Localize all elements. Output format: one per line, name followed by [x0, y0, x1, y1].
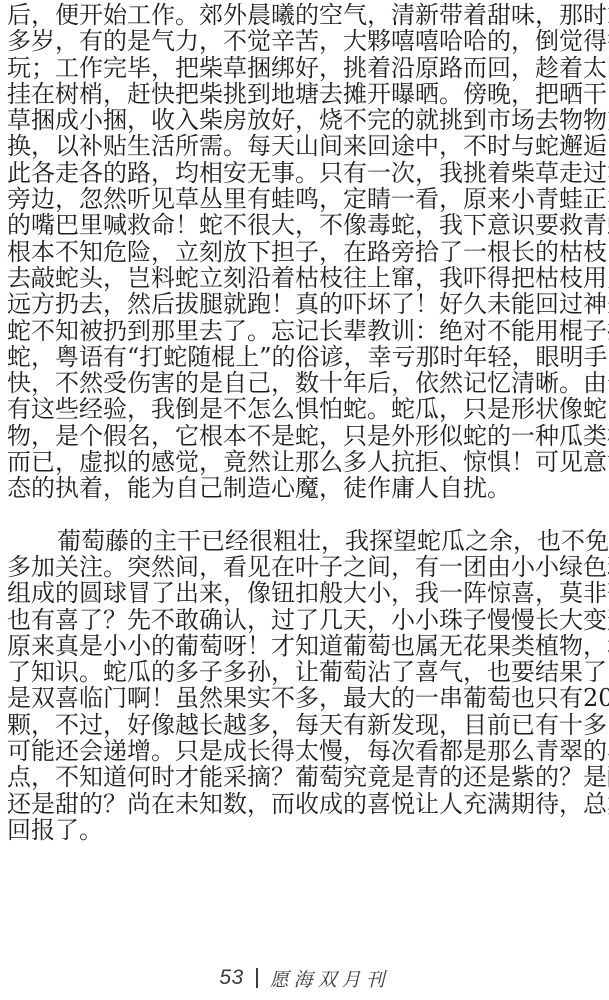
text-line: 点，不知道何时才能采摘？葡萄究竟是青的还是紫的？是酸的	[7, 764, 604, 790]
text-line: 可能还会递增。只是成长得太慢，每次看都是那么青翠的小不	[7, 738, 604, 764]
text-line: 挂在树梢，赶快把柴挑到地塘去摊开曝晒。傍晚，把晒干的柴	[7, 81, 604, 107]
paragraph-2: 葡萄藤的主干已经很粗壮，我探望蛇瓜之余，也不免对它 多加关注。突然间，看见在叶子…	[7, 528, 604, 844]
text-line: 也有喜了？先不敢确认，过了几天，小小珠子慢慢长大变形，	[7, 607, 604, 633]
text-line: 去敲蛇头，岂料蛇立刻沿着枯枝往上窜，我吓得把枯枝用力向	[7, 265, 604, 291]
text-line: 的嘴巴里喊救命！蛇不很大，不像毒蛇，我下意识要救青蛙，	[7, 212, 604, 238]
text-line: 后，便开始工作。郊外晨曦的空气，清新带着甜味，那时才十	[7, 2, 604, 28]
article-body: 后，便开始工作。郊外晨曦的空气，清新带着甜味，那时才十 多岁，有的是气力，不觉辛…	[7, 2, 604, 843]
text-line: 原来真是小小的葡萄呀！才知道葡萄也属无花果类植物，增加	[7, 633, 604, 659]
text-line: 草捆成小捆，收入柴房放好，烧不完的就挑到市场去物物交	[7, 107, 604, 133]
text-line: 有这些经验，我倒是不怎么惧怕蛇。蛇瓜，只是形状像蛇的植	[7, 396, 604, 422]
footer-divider	[256, 968, 258, 988]
page-number: 53	[219, 966, 243, 990]
text-line: 蛇不知被扔到那里去了。忘记长辈教训：绝对不能用棍子打	[7, 318, 604, 344]
text-line: 了知识。蛇瓜的多子多孙，让葡萄沾了喜气，也要结果了，这	[7, 659, 604, 685]
text-line: 葡萄藤的主干已经很粗壮，我探望蛇瓜之余，也不免对它	[7, 528, 604, 554]
text-line: 回报了。	[7, 817, 604, 843]
text-line: 旁边，忽然听见草丛里有蛙鸣，定睛一看，原来小青蛙正在蛇	[7, 186, 604, 212]
text-line: 多加关注。突然间，看见在叶子之间，有一团由小小绿色珠子	[7, 554, 604, 580]
text-line: 颗，不过，好像越长越多，每天有新发现，目前已有十多串，	[7, 712, 604, 738]
text-line: 远方扔去，然后拔腿就跑！真的吓坏了！好久未能回过神来，	[7, 291, 604, 317]
paragraph-1: 后，便开始工作。郊外晨曦的空气，清新带着甜味，那时才十 多岁，有的是气力，不觉辛…	[7, 2, 604, 502]
text-line: 蛇，粤语有“打蛇随棍上”的俗谚，幸亏那时年轻，眼明手	[7, 344, 604, 370]
text-line: 而已，虚拟的感觉，竟然让那么多人抗拒、惊惧！可见意识心	[7, 449, 604, 475]
text-line: 玩；工作完毕，把柴草捆绑好，挑着沿原路而回，趁着太阳还	[7, 55, 604, 81]
page-footer: 53 愿海双月刊	[0, 963, 609, 993]
journal-name: 愿海双月刊	[270, 965, 390, 992]
text-line: 多岁，有的是气力，不觉辛苦，大夥嘻嘻哈哈的，倒觉得很好	[7, 28, 604, 54]
text-line: 组成的圆球冒了出来，像钮扣般大小，我一阵惊喜，莫非葡萄	[7, 580, 604, 606]
text-line: 根本不知危险，立刻放下担子，在路旁拾了一根长的枯枝，就	[7, 239, 604, 265]
text-line: 此各走各的路，均相安无事。只有一次，我挑着柴草走过溪涧	[7, 160, 604, 186]
text-line: 还是甜的？尚在未知数，而收成的喜悦让人充满期待，总算有	[7, 791, 604, 817]
text-line: 是双喜临门啊！虽然果实不多，最大的一串葡萄也只有20多	[7, 685, 604, 711]
text-line: 快，不然受伤害的是自己，数十年后，依然记忆清晰。由于拥	[7, 370, 604, 396]
text-line: 态的执着，能为自己制造心魔，徒作庸人自扰。	[7, 475, 604, 501]
text-line: 换，以补贴生活所需。每天山间来回途中，不时与蛇邂逅，彼	[7, 133, 604, 159]
text-line: 物，是个假名，它根本不是蛇，只是外形似蛇的一种瓜类植物	[7, 423, 604, 449]
